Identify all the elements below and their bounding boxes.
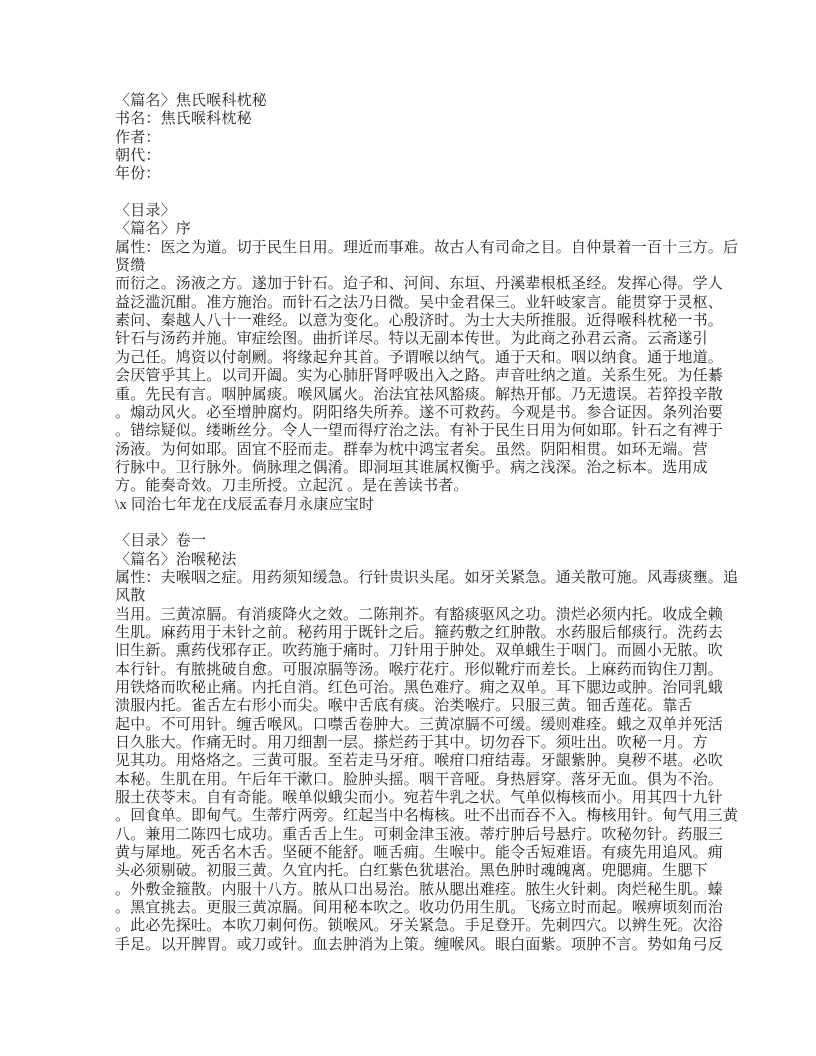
text-line: 头必须剔破。初服三黄。久宜内托。白红紫色犹堪治。黑色肿时魂魄离。兜腮痈。生腮下	[115, 862, 725, 880]
line-toc-volume1-tag: 〈目录〉卷一	[115, 532, 725, 550]
text-line: 会厌管乎其上。以司开阖。实为心肺肝肾呼吸出入之路。声音吐纳之道。关系生死。为任綦	[115, 367, 725, 385]
line-date-signature: \x 同治七年龙在戊辰孟春月永康应宝时	[115, 496, 725, 514]
document-text-block: 〈篇名〉焦氏喉科枕秘 书名：焦氏喉科枕秘 作者： 朝代： 年份： 〈目录〉 〈篇…	[115, 92, 725, 954]
text-line: 见其功。用烙烙之。三黄可服。至若走马牙疳。喉疳口疳结毒。牙龈紫肿。臭秽不堪。必吹	[115, 752, 725, 770]
text-line: 为己任。鸠资以付剞劂。将缘起弁其首。予谓喉以纳气。通于天和。咽以纳食。通于地道。	[115, 349, 725, 367]
document-viewer: { "page": { "background": "#ffffff", "te…	[0, 0, 816, 1056]
text-line: 。煽动风火。必至增肿腐灼。阴阳络失所养。遂不可救药。今观是书。参合证因。条列治要	[115, 404, 725, 422]
text-line: 重。先民有言。咽肿属痰。喉风属火。治法宜祛风豁痰。解热开郁。乃无遗误。若猝投辛散	[115, 386, 725, 404]
line-toc-tag: 〈目录〉	[115, 202, 725, 220]
line-book-name: 书名：焦氏喉科枕秘	[115, 110, 725, 128]
text-line: 汤液。为何如耶。固宜不胫而走。群奉为枕中鸿宝者矣。虽然。阴阳相贯。如环无端。营	[115, 441, 725, 459]
text-line: 。回食单。即甸气。生蒂疔两旁。红起当中名梅核。吐不出而吞不入。梅核用针。甸气用三…	[115, 807, 725, 825]
line-year: 年份：	[115, 165, 725, 183]
line-dynasty: 朝代：	[115, 147, 725, 165]
text-line: 贤缵	[115, 257, 725, 275]
text-line: 本行针。有脓挑破自愈。可服凉膈等汤。喉疔花疔。形似靴疔而差长。上麻药而钩住刀割。	[115, 661, 725, 679]
text-line: 八。兼用二陈四七成功。重舌舌上生。可刺金津玉液。蒂疔肿后号悬疔。吹秘勿针。药服三	[115, 826, 725, 844]
text-line: 。黑宜挑去。更服三黄凉膈。间用秘本吹之。收功仍用生肌。飞疡立时而起。喉痹顷刻而治	[115, 899, 725, 917]
text-line: 素问、秦越人八十一难经。以意为变化。心殷济时。为士大夫所推服。近得喉科枕秘一书。	[115, 312, 725, 330]
text-line: 起中。不可用针。缠舌喉风。口噤舌卷肿大。三黄凉膈不可缓。缓则难痊。蛾之双单并死活	[115, 716, 725, 734]
text-line: 。此必先探吐。本吹刀刺何伤。锁喉风。牙关紧急。手足登开。先刺四穴。以辨生死。次浴	[115, 917, 725, 935]
text-line: 本秘。生肌在用。午后年干漱口。脸肿头摇。咽干音哑。身热唇穿。落牙无血。俱为不治。	[115, 771, 725, 789]
text-line: 风散	[115, 587, 725, 605]
line-book-title-tag: 〈篇名〉焦氏喉科枕秘	[115, 92, 725, 110]
text-line: 。错综疑似。缕晰丝分。令人一望而得疗治之法。有补于民生日用为何如耶。针石之有裨于	[115, 422, 725, 440]
text-line: 溃服内托。雀舌左右形小而尖。喉中舌底有痰。治类喉疔。只服三黄。钿舌莲花。靠舌	[115, 697, 725, 715]
text-line: 属性：夫喉咽之症。用药须知缓急。行针贵识头尾。如牙关紧急。通关散可施。风毒痰壅。…	[115, 569, 725, 587]
text-line: 针石与汤药并施。审症绘图。曲折详尽。特以无副本传世。为此商之孙君云斋。云斋遂引	[115, 330, 725, 348]
text-line: 服土茯苓末。自有奇能。喉单似蛾尖而小。宛若牛乳之状。气单似梅核而小。用其四十九针	[115, 789, 725, 807]
blank-line	[115, 184, 725, 202]
text-line: 益泛滥沉酣。准方施治。而针石之法乃日微。吴中金君保三。业轩岐家言。能贯穿于灵枢、	[115, 294, 725, 312]
line-chapter-title: 〈篇名〉治喉秘法	[115, 551, 725, 569]
line-author: 作者：	[115, 129, 725, 147]
blank-line	[115, 514, 725, 532]
text-line: 用铁烙而吹秘止痛。内托自消。红色可治。黑色难疗。痈之双单。耳下腮边或肿。治同乳蛾	[115, 679, 725, 697]
line-preface-title: 〈篇名〉序	[115, 220, 725, 238]
text-line: 生肌。麻药用于未针之前。秘药用于既针之后。箍药敷之红肿散。水药服后郁痰行。洗药去	[115, 624, 725, 642]
text-line: 日久胀大。作痛无时。用刀细割一层。搽烂药于其中。切勿吞下。须吐出。吹秘一月。方	[115, 734, 725, 752]
document-page: 〈篇名〉焦氏喉科枕秘 书名：焦氏喉科枕秘 作者： 朝代： 年份： 〈目录〉 〈篇…	[0, 0, 816, 1056]
text-line: 方。能奏奇效。刀圭所授。立起沉 。是在善读书者。	[115, 477, 725, 495]
text-line: 当用。三黄凉膈。有消痰降火之效。二陈荆芥。有豁痰驱风之功。溃烂必须内托。收成全赖	[115, 606, 725, 624]
text-line: 而衍之。汤液之方。遂加于针石。迨子和、河间、东垣、丹溪辈根柢圣经。发挥心得。学人	[115, 275, 725, 293]
text-line: 行脉中。卫行脉外。倘脉理之偶淆。即洞垣其谁属权衡乎。病之浅深。治之标本。选用成	[115, 459, 725, 477]
text-line: 旧生新。熏药伐邪存正。吹药施于痛时。刀针用于肿处。双单蛾生于咽门。而圆小无脓。吹	[115, 642, 725, 660]
text-line: 属性：医之为道。切于民生日用。理近而事难。故古人有司命之目。自仲景着一百十三方。…	[115, 239, 725, 257]
text-line: 。外敷金箍散。内服十八方。脓从口出易治。脓从腮出难痊。脓生火针刺。肉烂秘生肌。螓	[115, 881, 725, 899]
text-line: 手足。以开脾胃。或刀或针。血去肿消为上策。缠喉风。眼白面紫。项肿不言。势如角弓反	[115, 936, 725, 954]
text-line: 黄与犀地。死舌名木舌。坚硬不能舒。咂舌痈。生喉中。能令舌短难语。有痰先用追风。痈	[115, 844, 725, 862]
